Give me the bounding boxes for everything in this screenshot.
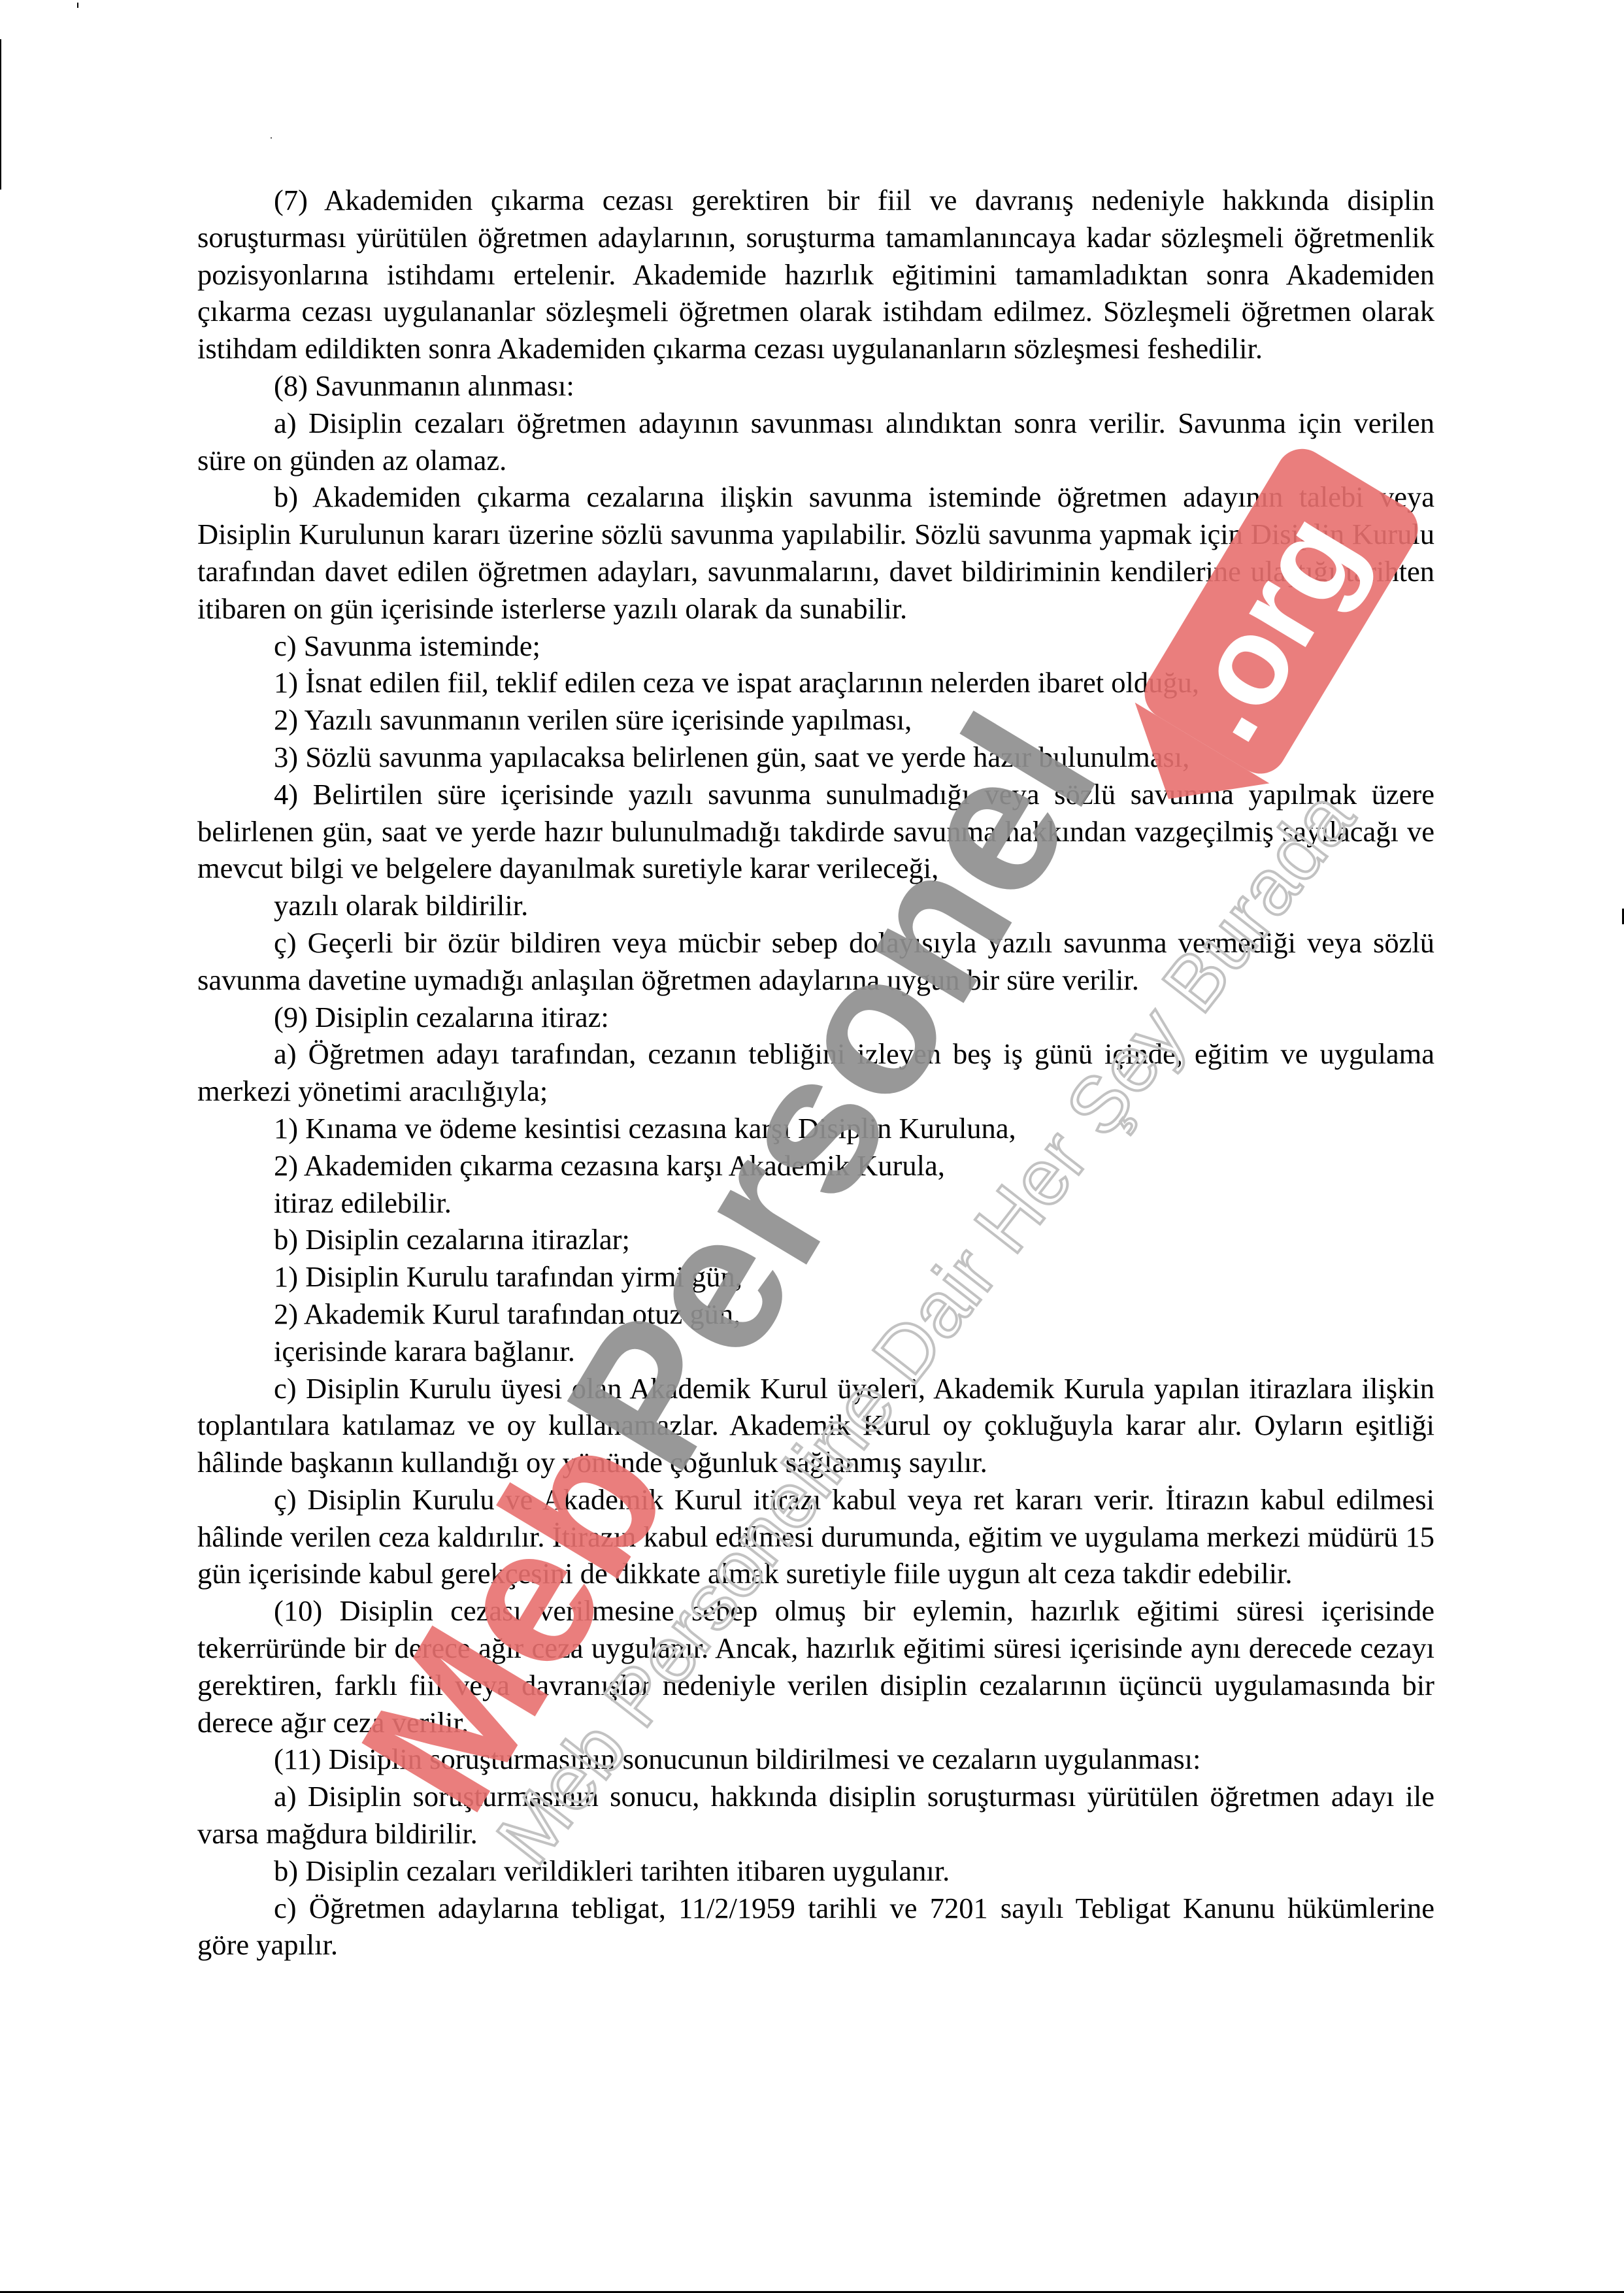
paragraph-p11b: b) Disiplin cezaları verildikleri tariht… [197, 1852, 1434, 1890]
paragraph-p9a: a) Öğretmen adayı tarafından, cezanın te… [197, 1035, 1434, 1110]
paragraph-p8a: a) Disiplin cezaları öğretmen adayının s… [197, 405, 1434, 479]
paragraph-p8cc: ç) Geçerli bir özür bildiren veya mücbir… [197, 924, 1434, 999]
paragraph-p8c3: 3) Sözlü savunma yapılacaksa belirlenen … [197, 739, 1434, 776]
paragraph-p9a2: 2) Akademiden çıkarma cezasına karşı Aka… [197, 1147, 1434, 1184]
paragraph-p7: (7) Akademiden çıkarma cezası gerektiren… [197, 182, 1434, 367]
paragraph-p11c: c) Öğretmen adaylarına tebligat, 11/2/19… [197, 1890, 1434, 1964]
paragraph-p9cc: ç) Disiplin Kurulu ve Akademik Kurul iti… [197, 1481, 1434, 1592]
paragraph-p9b1: 1) Disiplin Kurulu tarafından yirmi gün, [197, 1258, 1434, 1296]
scan-edge-left [0, 39, 1, 190]
paragraph-p9: (9) Disiplin cezalarına itiraz: [197, 999, 1434, 1036]
paragraph-p9c: c) Disiplin Kurulu üyesi olan Akademik K… [197, 1370, 1434, 1481]
paragraph-p9b3: içerisinde karara bağlanır. [197, 1333, 1434, 1370]
paragraph-p8c4: 4) Belirtilen süre içerisinde yazılı sav… [197, 776, 1434, 887]
scan-artifact-dot [271, 137, 272, 139]
paragraph-p11a: a) Disiplin soruşturmasının sonucu, hakk… [197, 1778, 1434, 1852]
paragraph-p8b: b) Akademiden çıkarma cezalarına ilişkin… [197, 478, 1434, 627]
paragraph-p9a3: itiraz edilebilir. [197, 1184, 1434, 1222]
paragraph-p11: (11) Disiplin soruşturmasının sonucunun … [197, 1741, 1434, 1778]
paragraph-p8c5: yazılı olarak bildirilir. [197, 887, 1434, 924]
paragraph-p8c: c) Savunma isteminde; [197, 628, 1434, 665]
paragraph-p9b2: 2) Akademik Kurul tarafından otuz gün, [197, 1296, 1434, 1333]
document-body: (7) Akademiden çıkarma cezası gerektiren… [197, 182, 1434, 1964]
paragraph-p8c2: 2) Yazılı savunmanın verilen süre içeris… [197, 701, 1434, 739]
paragraph-p8: (8) Savunmanın alınması: [197, 367, 1434, 405]
paragraph-p10: (10) Disiplin cezası verilmesine sebep o… [197, 1592, 1434, 1741]
paragraph-p8c1: 1) İsnat edilen fiil, teklif edilen ceza… [197, 664, 1434, 701]
paragraph-p9a1: 1) Kınama ve ödeme kesintisi cezasına ka… [197, 1110, 1434, 1147]
paragraph-p9b: b) Disiplin cezalarına itirazlar; [197, 1221, 1434, 1258]
scan-artifact-tick [77, 3, 78, 8]
